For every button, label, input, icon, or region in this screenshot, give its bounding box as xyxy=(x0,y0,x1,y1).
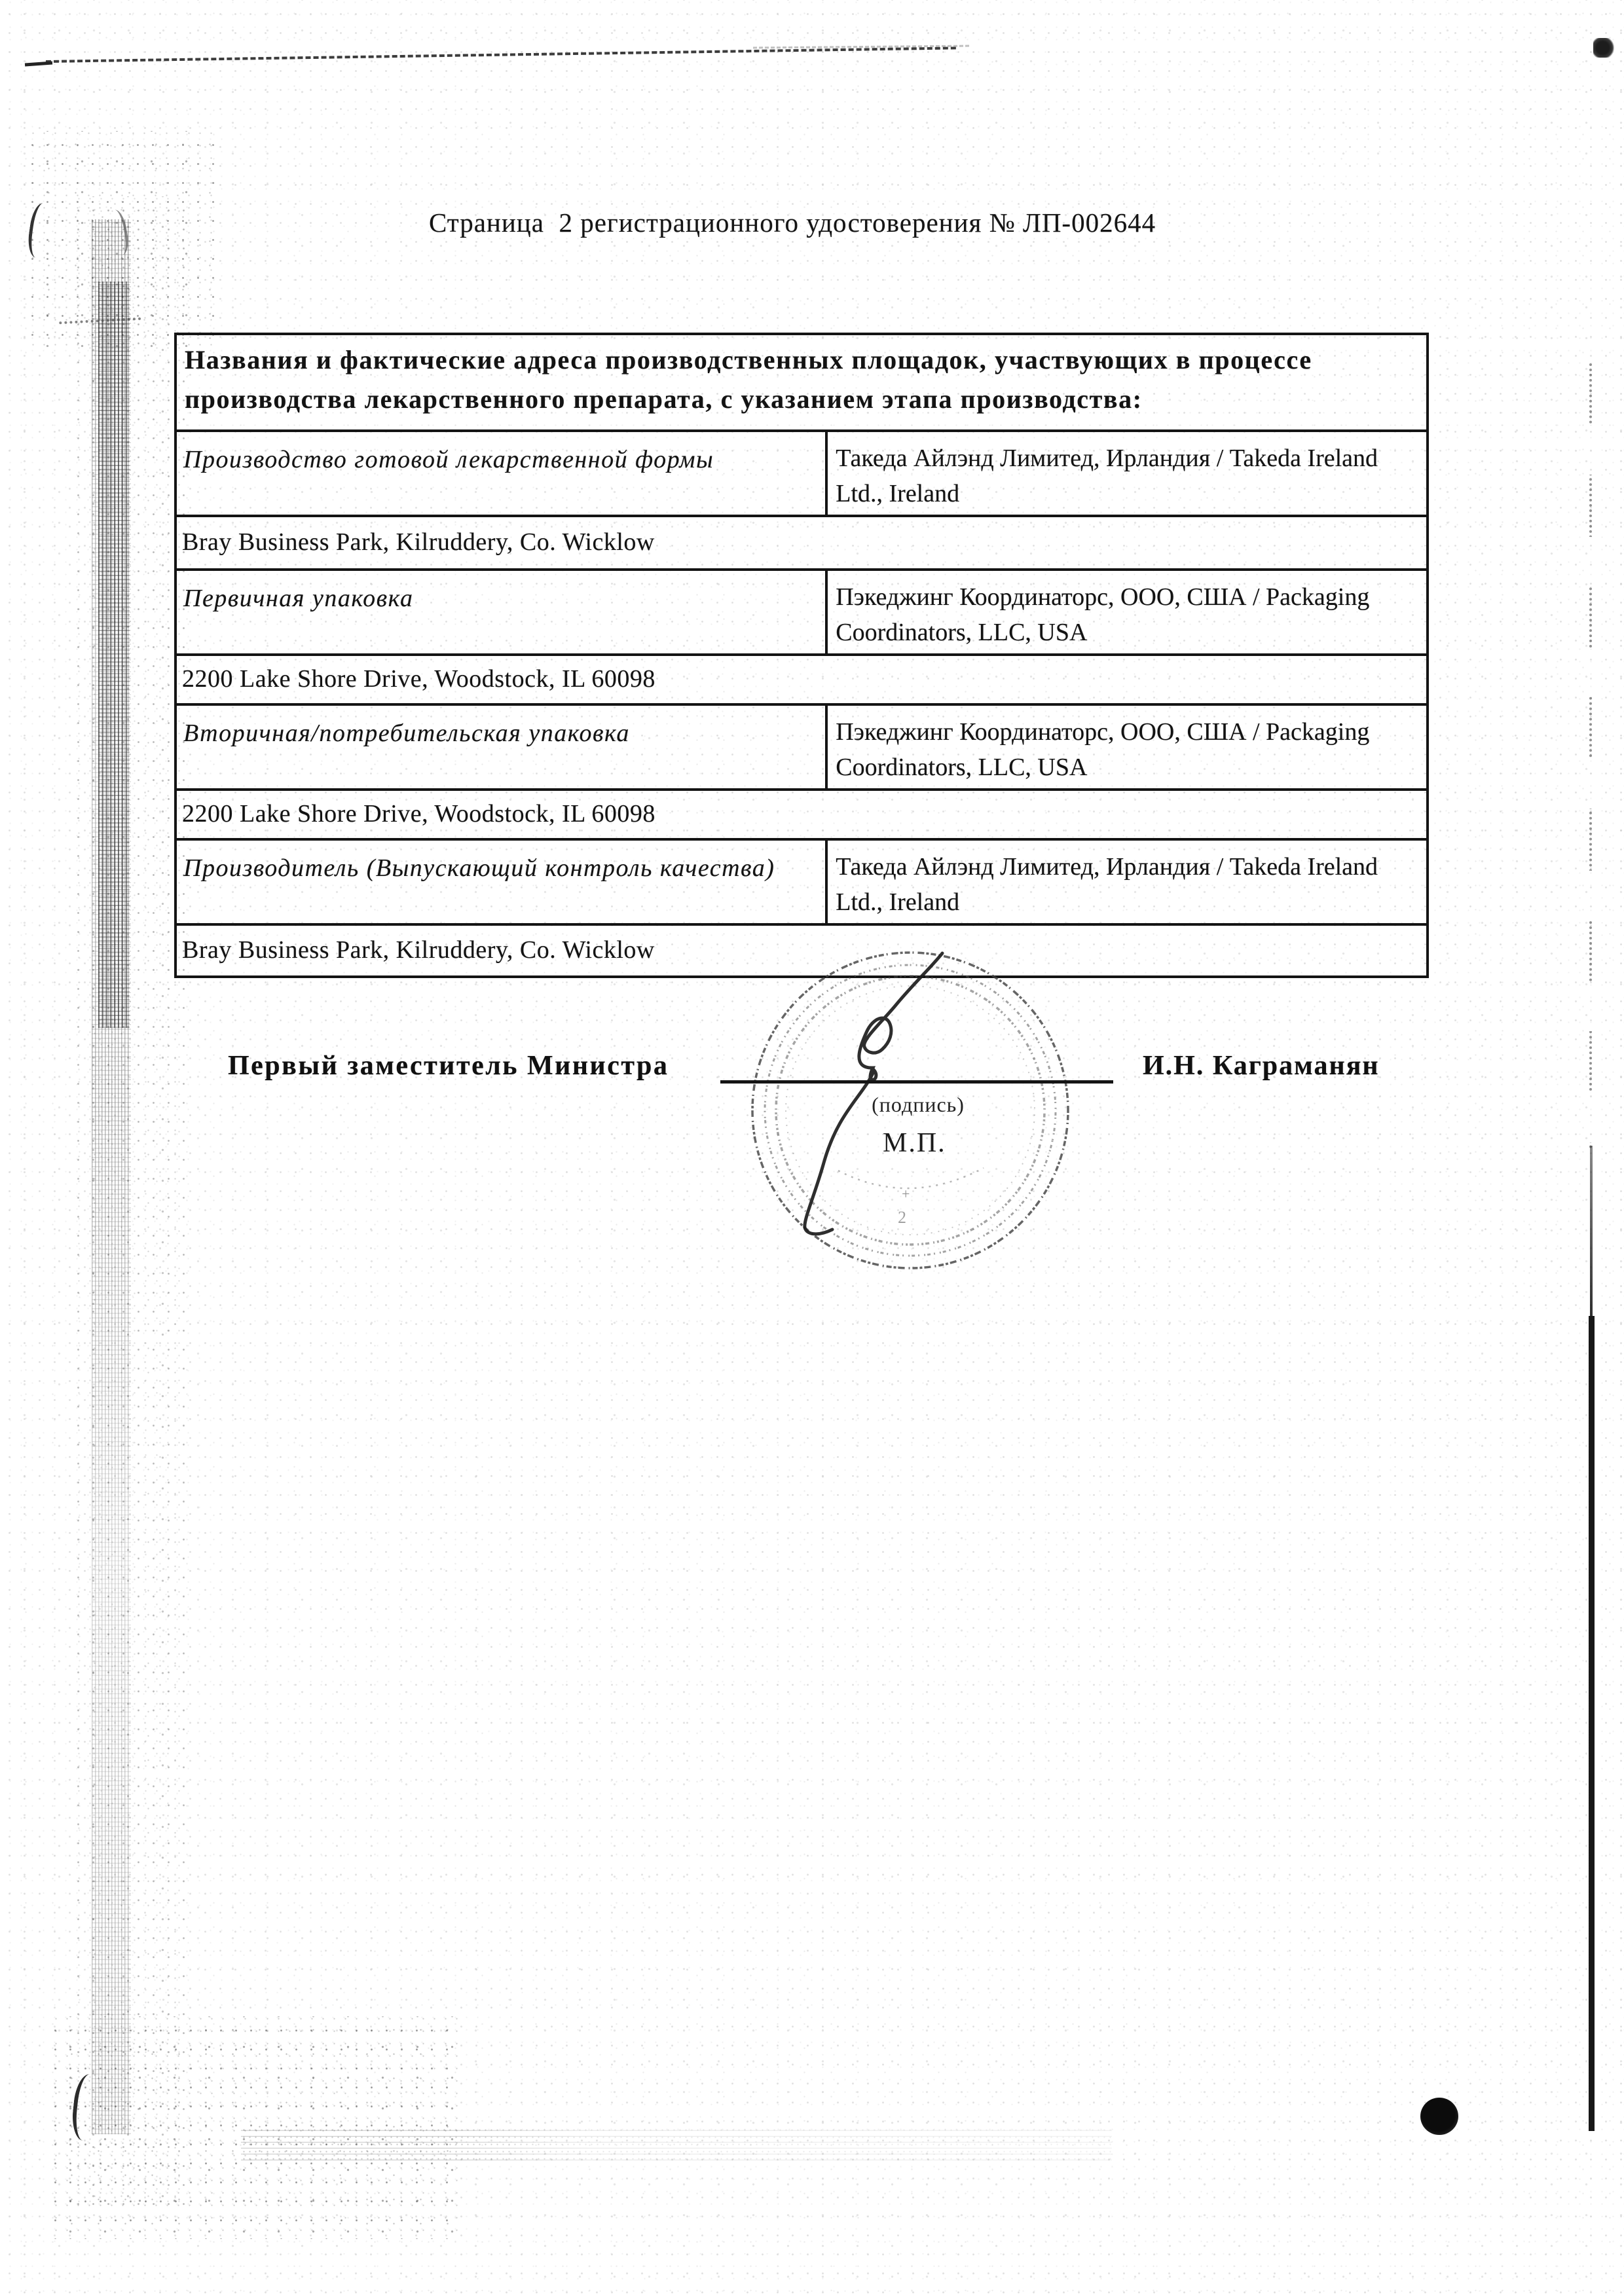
site-address: 2200 Lake Shore Drive, Woodstock, IL 600… xyxy=(175,655,1428,704)
scan-artifact-bottom-paren-mark xyxy=(70,2073,103,2142)
scan-artifact-left-speckle xyxy=(69,196,187,2213)
signature-line xyxy=(720,1080,1113,1084)
scanned-certificate-page: Страница 2 регистрационного удостоверени… xyxy=(0,0,1624,2296)
scan-artifact-right-bar xyxy=(1589,1316,1595,2131)
scan-artifact-top-left-dash xyxy=(25,62,52,67)
scan-artifact-top-right-blob xyxy=(1593,38,1614,58)
stage-label: Производство готовой лекарственной формы xyxy=(175,431,826,516)
stamp-digit-mark: 2 xyxy=(898,1208,906,1227)
signatory-name: И.Н. Каграманян xyxy=(1143,1050,1380,1082)
table-row: 2200 Lake Shore Drive, Woodstock, IL 600… xyxy=(175,655,1428,704)
stamp-plus-mark: + xyxy=(902,1186,910,1202)
scan-artifact-bottom-left-patch xyxy=(46,2016,458,2239)
manufacturer-value: Пэкеджинг Координаторс, ООО, США / Packa… xyxy=(826,570,1428,655)
table-row: Bray Business Park, Kilruddery, Co. Wick… xyxy=(175,516,1428,570)
scan-artifact-top-left-patch xyxy=(23,131,219,347)
site-address: Bray Business Park, Kilruddery, Co. Wick… xyxy=(175,516,1428,570)
table-row: Вторичная/потребительская упаковка Пэкед… xyxy=(175,704,1428,790)
manufacturer-value: Такеда Айлэнд Лимитед, Ирландия / Takeda… xyxy=(826,431,1428,516)
table-row: 2200 Lake Shore Drive, Woodstock, IL 600… xyxy=(175,790,1428,839)
manufacturer-value: Пэкеджинг Координаторс, ООО, США / Packa… xyxy=(826,704,1428,790)
table-row: Первичная упаковка Пэкеджинг Координатор… xyxy=(175,570,1428,655)
signature-line-caption: (подпись) xyxy=(866,1093,970,1117)
seal-place-caption: М.П. xyxy=(883,1127,946,1159)
scan-artifact-top-line xyxy=(46,46,956,63)
ink-blot xyxy=(1420,2098,1458,2135)
table-title-row: Названия и фактические адреса производст… xyxy=(175,334,1428,431)
stage-label: Вторичная/потребительская упаковка xyxy=(175,704,826,790)
table-row: Производство готовой лекарственной формы… xyxy=(175,431,1428,516)
scan-artifact-squiggle xyxy=(59,311,141,325)
scan-artifact-left-band xyxy=(92,219,131,2134)
scan-artifact-right-dotted-line xyxy=(1589,363,1592,1149)
stamp-inner-arc xyxy=(838,1168,984,1188)
scan-artifact-paren-mark-2 xyxy=(106,208,131,256)
scan-artifact-right-bar-upper xyxy=(1590,1146,1593,1316)
scan-artifact-left-band-dark xyxy=(98,282,130,1028)
stage-label: Производитель (Выпускающий контроль каче… xyxy=(175,839,826,924)
page-header: Страница 2 регистрационного удостоверени… xyxy=(429,207,1156,238)
table-row: Производитель (Выпускающий контроль каче… xyxy=(175,839,1428,924)
production-sites-table: Названия и фактические адреса производст… xyxy=(174,333,1429,978)
signatory-position: Первый заместитель Министра xyxy=(228,1050,669,1082)
manufacturer-value: Такеда Айлэнд Лимитед, Ирландия / Takeda… xyxy=(826,839,1428,924)
scan-artifact-paren-mark xyxy=(26,202,53,259)
stage-label: Первичная упаковка xyxy=(175,570,826,655)
scan-artifact-top-line-faint xyxy=(753,45,969,49)
table-title: Названия и фактические адреса производст… xyxy=(175,334,1428,431)
site-address: 2200 Lake Shore Drive, Woodstock, IL 600… xyxy=(175,790,1428,839)
scan-artifact-bottom-dot-band xyxy=(241,2126,1112,2160)
